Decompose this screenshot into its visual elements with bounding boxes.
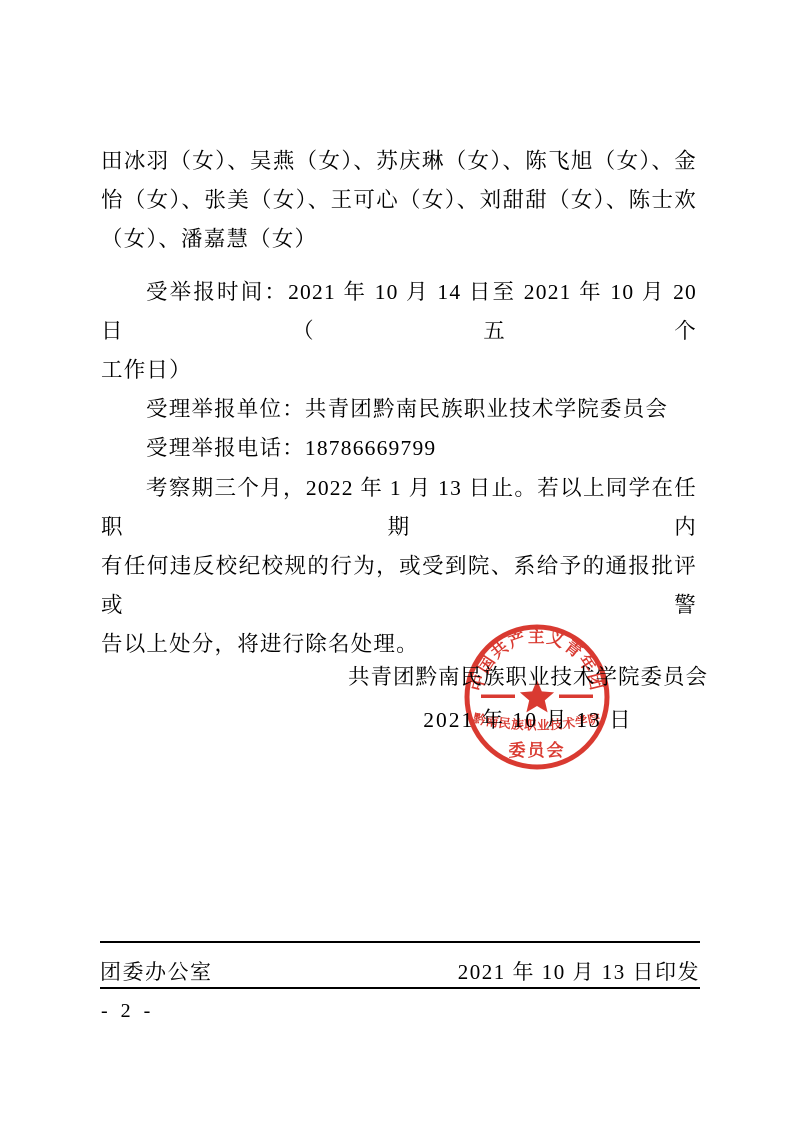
body-line: 受举报时间：2021 年 10 月 14 日至 2021 年 10 月 20 日… [101,273,697,351]
body-line: 怡（女）、张美（女）、王可心（女）、刘甜甜（女）、陈士欢 [101,181,697,220]
page-number: - 2 - [101,1000,154,1023]
footer-top-rule [100,941,700,943]
footer-print-date: 2021 年 10 月 13 日印发 [458,958,700,986]
footer-bottom-rule [100,987,700,989]
body-line: 受理举报电话：18786669799 [101,429,697,468]
body-line: 考察期三个月，2022 年 1 月 13 日止。若以上同学在任职期内 [101,469,697,547]
signature-org: 共青团黔南民族职业技术学院委员会 [343,657,713,697]
signature-block: 共青团黔南民族职业技术学院委员会 2021 年 10 月 13 日 [343,657,713,740]
body-line: （女）、潘嘉慧（女） [101,220,697,259]
body-line: 田冰羽（女）、吴燕（女）、苏庆琳（女）、陈飞旭（女）、金 [101,142,697,181]
signature-date: 2021 年 10 月 13 日 [343,700,713,740]
body-line: 受理举报单位：共青团黔南民族职业技术学院委员会 [101,390,697,429]
footer-line: 团委办公室 2021 年 10 月 13 日印发 [100,958,700,986]
document-page: 田冰羽（女）、吴燕（女）、苏庆琳（女）、陈飞旭（女）、金怡（女）、张美（女）、王… [0,0,793,1122]
body-text: 田冰羽（女）、吴燕（女）、苏庆琳（女）、陈飞旭（女）、金怡（女）、张美（女）、王… [101,142,697,665]
body-line: 有任何违反校纪校规的行为，或受到院、系给予的通报批评或警 [101,547,697,625]
seal-bottom-text: 委员会 [509,740,566,760]
body-line: 工作日） [101,351,697,390]
footer-office: 团委办公室 [100,958,213,986]
